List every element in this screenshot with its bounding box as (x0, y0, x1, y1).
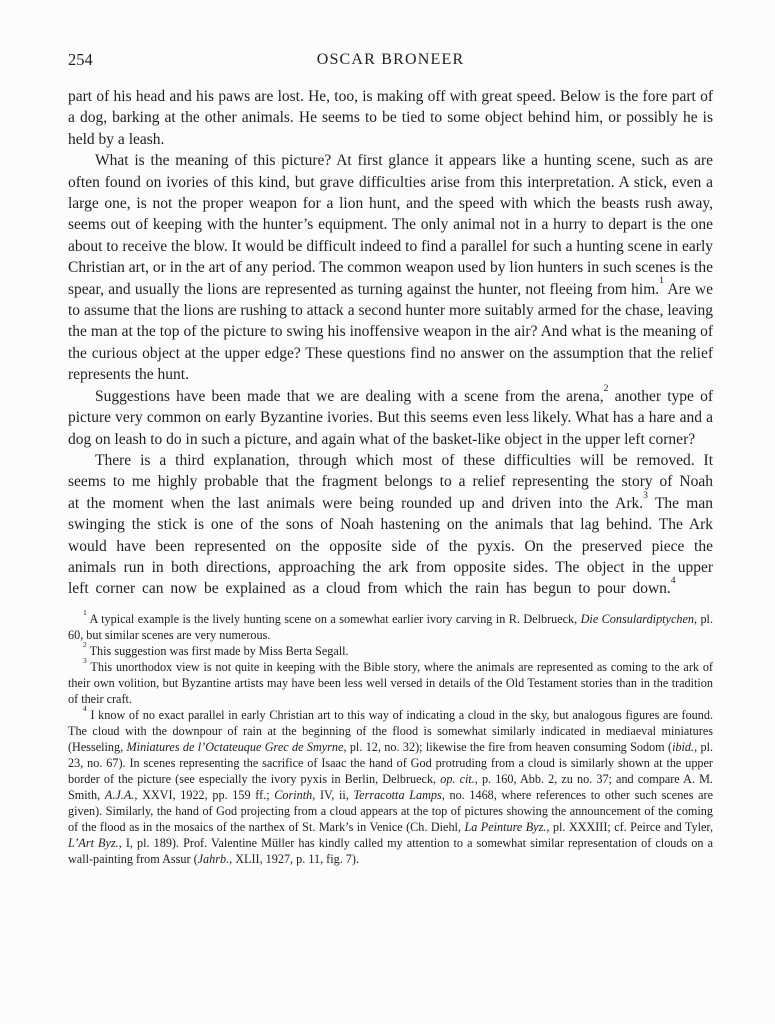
text-run: , XXVI, 1922, pp. 159 ff.; (134, 788, 274, 802)
footnote-ref: 3 (83, 656, 87, 665)
text-run: , IV, ii, (312, 788, 353, 802)
italic-run: Jahrb. (198, 852, 229, 866)
footnote-ref: 2 (83, 640, 87, 649)
body-paragraph: part of his head and his paws are lost. … (68, 86, 713, 150)
text-run: , XLII, 1927, p. 11, fig. 7). (229, 852, 359, 866)
footnote-ref: 3 (643, 490, 648, 501)
page-header: 254 OSCAR BRONEER (68, 50, 713, 70)
footnote-ref: 2 (604, 383, 609, 394)
italic-run: Die Consulardiptychen (581, 612, 694, 626)
body-paragraph: Suggestions have been made that we are d… (68, 386, 713, 450)
italic-run: op. cit. (440, 772, 475, 786)
footnote: 4 I know of no exact parallel in early C… (68, 707, 713, 867)
italic-run: L’Art Byz. (68, 836, 119, 850)
page: 254 OSCAR BRONEER part of his head and h… (0, 0, 775, 867)
text-run: This suggestion was first made by Miss B… (87, 644, 349, 658)
scanned-page-background: { "colors": { "paper": "#fcfcfb", "ink":… (0, 0, 775, 1024)
text-run: This unorthodox view is not quite in kee… (68, 660, 713, 706)
footnote-ref: 1 (659, 275, 664, 286)
running-header: OSCAR BRONEER (68, 50, 713, 70)
body-text: part of his head and his paws are lost. … (68, 86, 713, 600)
page-number: 254 (68, 50, 93, 70)
footnote-ref: 4 (671, 575, 676, 586)
text-run: There is a third explanation, through wh… (68, 452, 713, 512)
footnotes: 1 A typical example is the lively huntin… (68, 611, 713, 867)
italic-run: Miniatures de l’Octateuque Grec de Smyrn… (127, 740, 344, 754)
text-run: part of his head and his paws are lost. … (68, 88, 713, 148)
italic-run: A.J.A. (105, 788, 134, 802)
italic-run: La Peinture Byz. (464, 820, 546, 834)
text-run: What is the meaning of this picture? At … (68, 152, 713, 297)
text-run: A typical example is the lively hunting … (87, 612, 581, 626)
italic-run: ibid. (672, 740, 694, 754)
italic-run: Corinth (274, 788, 312, 802)
text-run: , pl. XXXIII; cf. Peirce and Tyler, (546, 820, 713, 834)
footnote-ref: 4 (83, 704, 87, 713)
footnote: 3 This unorthodox view is not quite in k… (68, 659, 713, 707)
footnote: 1 A typical example is the lively huntin… (68, 611, 713, 643)
text-run: , I, pl. 189). Prof. Valentine Müller ha… (68, 836, 713, 866)
italic-run: Terracotta Lamps (354, 788, 442, 802)
footnote: 2 This suggestion was first made by Miss… (68, 643, 713, 659)
footnote-ref: 1 (83, 608, 87, 617)
text-run: , pl. 12, no. 32); likewise the fire fro… (343, 740, 672, 754)
body-paragraph: What is the meaning of this picture? At … (68, 150, 713, 385)
body-paragraph: There is a third explanation, through wh… (68, 450, 713, 600)
text-run: Suggestions have been made that we are d… (95, 388, 604, 405)
